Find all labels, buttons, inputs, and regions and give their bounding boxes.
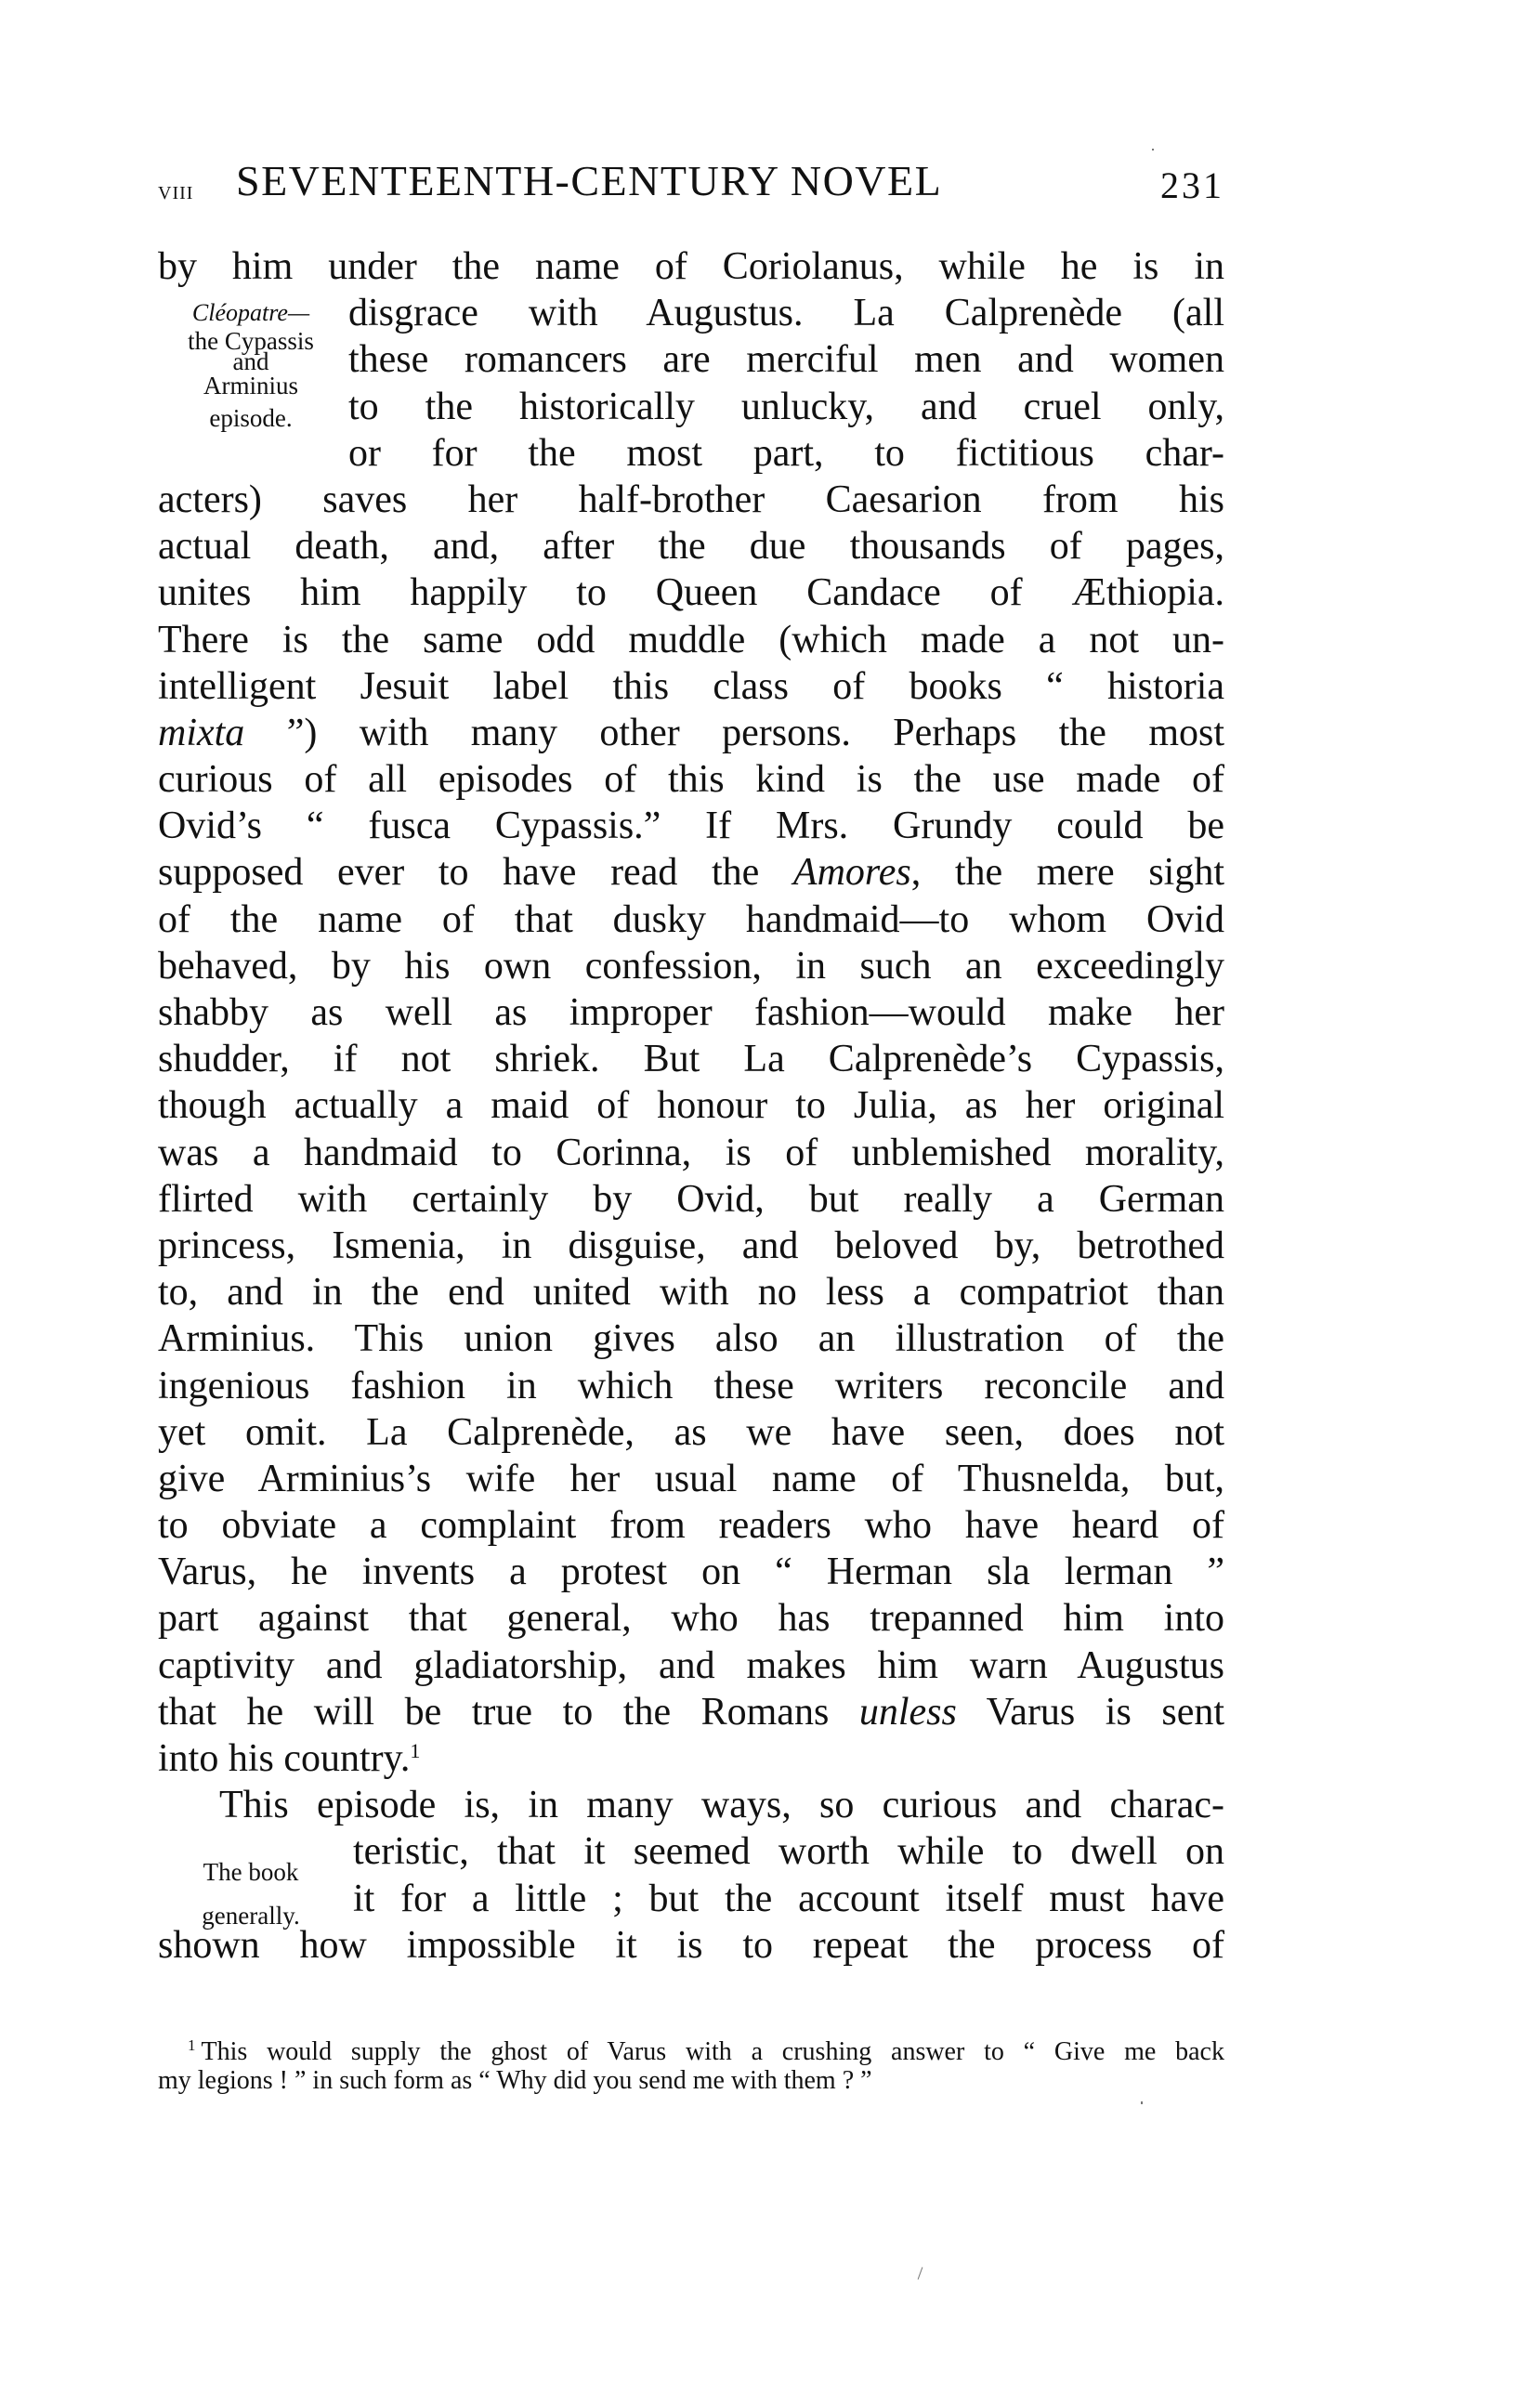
text-line: unites him happily to Queen Candace of Æ… <box>158 569 1224 616</box>
scan-speck <box>1152 149 1154 150</box>
running-head: viii SEVENTEENTH-CENTURY NOVEL 231 <box>158 156 1224 212</box>
text-line: princess, Ismenia, in disguise, and belo… <box>158 1223 1224 1269</box>
text-line: behaved, by his own confession, in such … <box>158 943 1224 989</box>
text-line: supposed ever to have read the Amores, t… <box>158 849 1224 896</box>
footnote-reference[interactable]: 1 <box>410 1739 420 1762</box>
text-line: into his country.1 <box>158 1735 1224 1782</box>
text-line: teristic, that it seemed worth while to … <box>158 1828 1224 1875</box>
text-line: to, and in the end united with no less a… <box>158 1269 1224 1315</box>
text-line: though actually a maid of honour to Juli… <box>158 1082 1224 1129</box>
text-line: or for the most part, to fictitious char… <box>158 430 1224 477</box>
text-line: that he will be true to the Romans unles… <box>158 1689 1224 1735</box>
text-line: to the historically unlucky, and cruel o… <box>158 384 1224 430</box>
body-text: Cléopatre— the Cypassis and Arminius epi… <box>158 243 1224 1969</box>
footnote-line: 1This would supply the ghost of Varus wi… <box>158 2031 1224 2066</box>
text-line: There is the same odd muddle (which made… <box>158 617 1224 663</box>
text-line: these romancers are merciful men and wom… <box>158 336 1224 383</box>
text-line: captivity and gladiatorship, and makes h… <box>158 1642 1224 1689</box>
text-line: yet omit. La Calprenède, as we have seen… <box>158 1409 1224 1456</box>
footnote-marker: 1 <box>188 2036 196 2054</box>
text-line: was a handmaid to Corinna, is of unblemi… <box>158 1130 1224 1176</box>
text-line: ingenious fashion in which these writers… <box>158 1363 1224 1409</box>
text-line: acters) saves her half-brother Caesarion… <box>158 477 1224 523</box>
text-line: shudder, if not shriek. But La Calprenèd… <box>158 1036 1224 1082</box>
text-line: give Arminius’s wife her usual name of T… <box>158 1456 1224 1502</box>
text-line: shabby as well as improper fashion—would… <box>158 989 1224 1036</box>
text-line: part against that general, who has trepa… <box>158 1595 1224 1642</box>
text-line: Arminius. This union gives also an illus… <box>158 1315 1224 1362</box>
text-line: Ovid’s “ fusca Cypassis.” If Mrs. Grundy… <box>158 803 1224 849</box>
scan-speck <box>918 2267 923 2279</box>
text-line-paragraph-start: This episode is, in many ways, so curiou… <box>158 1782 1224 1828</box>
page-number: 231 <box>1160 164 1224 207</box>
text-line: curious of all episodes of this kind is … <box>158 756 1224 803</box>
scan-speck <box>1141 2101 1143 2104</box>
text-line: by him under the name of Coriolanus, whi… <box>158 243 1224 290</box>
text-line: to obviate a complaint from readers who … <box>158 1502 1224 1549</box>
text-line: disgrace with Augustus. La Calprenède (a… <box>158 290 1224 336</box>
text-line: mixta ”) with many other persons. Perhap… <box>158 710 1224 756</box>
running-title: SEVENTEENTH-CENTURY NOVEL <box>236 156 942 205</box>
text-line: flirted with certainly by Ovid, but real… <box>158 1176 1224 1223</box>
text-line: of the name of that dusky handmaid—to wh… <box>158 896 1224 943</box>
footnotes: 1This would supply the ghost of Varus wi… <box>158 2031 1224 2095</box>
italic-term: unless <box>859 1691 957 1734</box>
text-line: intelligent Jesuit label this class of b… <box>158 663 1224 710</box>
text-line: it for a little ; but the account itself… <box>158 1876 1224 1922</box>
chapter-number: viii <box>158 177 193 206</box>
text-line: Varus, he invents a protest on “ Herman … <box>158 1549 1224 1595</box>
italic-term: Amores <box>793 851 911 894</box>
text-line: actual death, and, after the due thousan… <box>158 523 1224 569</box>
text-line: shown how impossible it is to repeat the… <box>158 1922 1224 1969</box>
italic-term: mixta <box>158 712 244 754</box>
footnote-line: my legions ! ” in such form as “ Why did… <box>158 2066 1224 2095</box>
book-page: viii SEVENTEENTH-CENTURY NOVEL 231 Cléop… <box>0 0 1531 2408</box>
